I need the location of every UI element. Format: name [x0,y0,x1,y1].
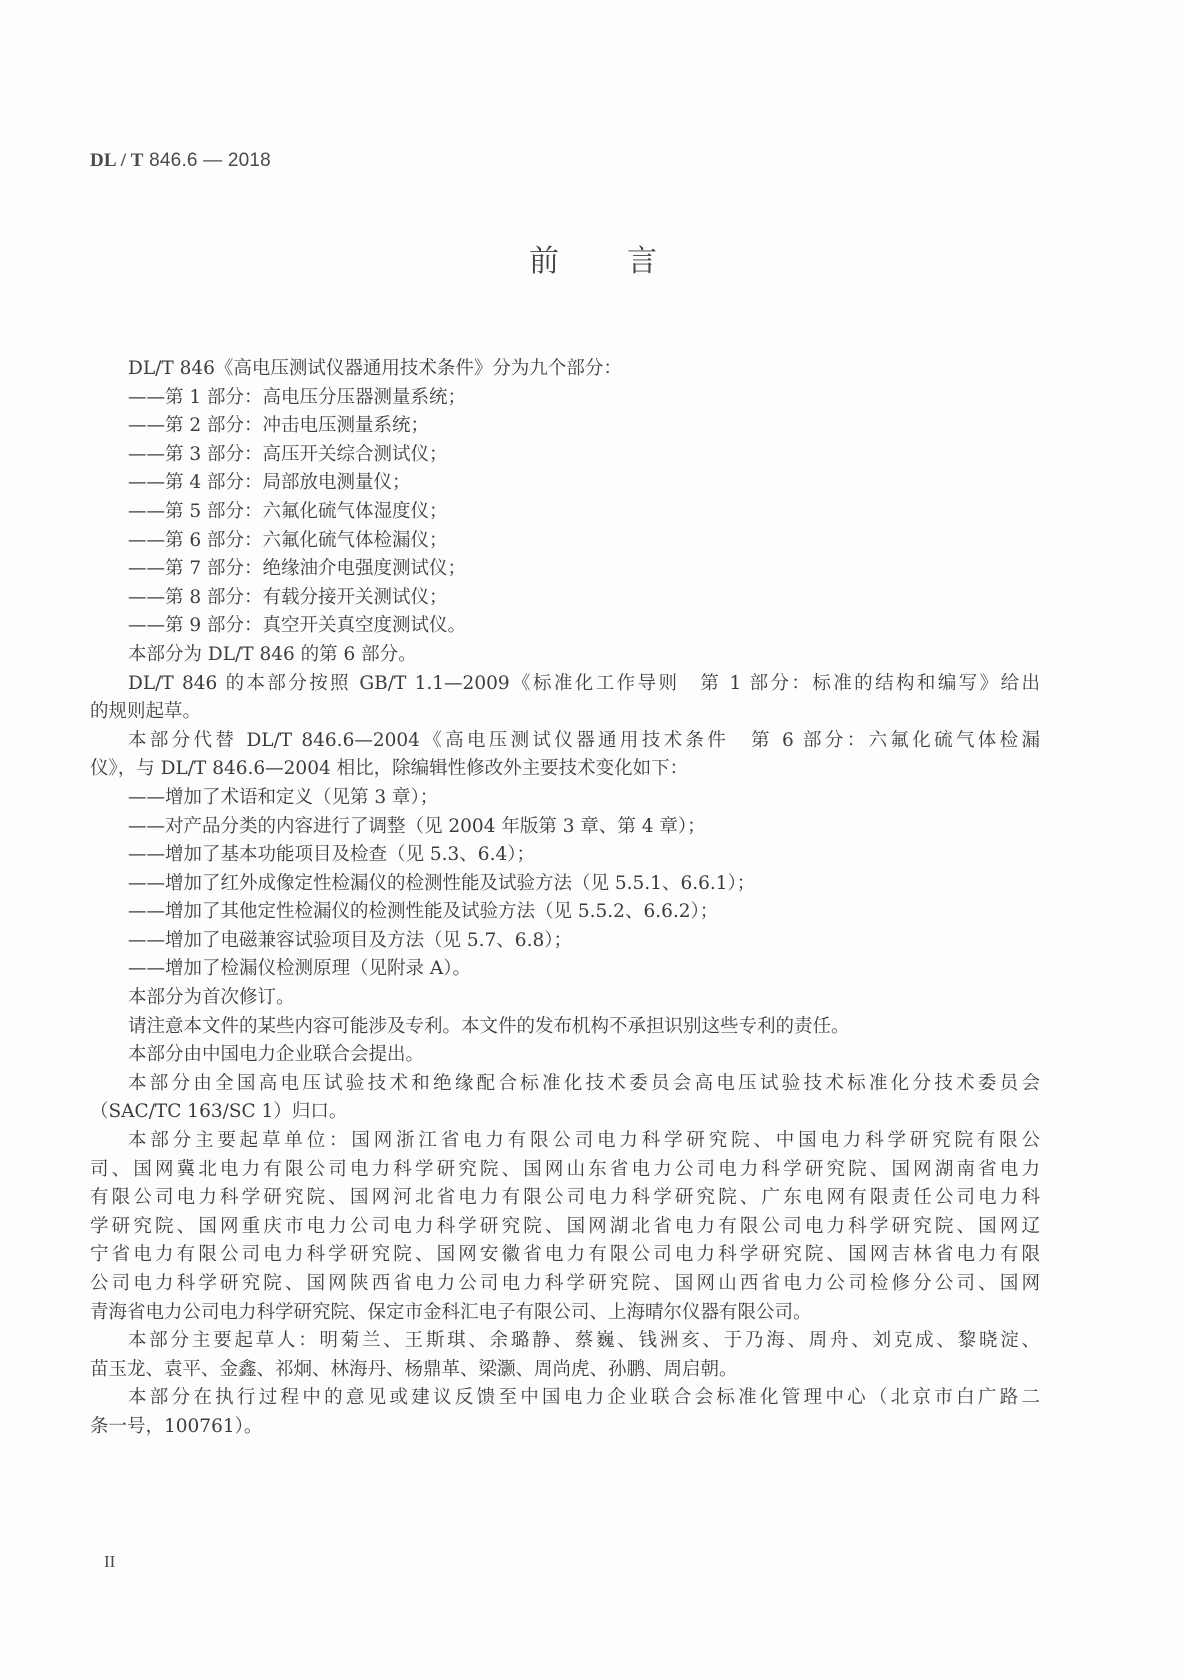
page-title: 前言 [0,236,1186,280]
foreword-body: DL/T 846《高电压测试仪器通用技术条件》分为九个部分： ——第 1 部分：… [90,355,1040,1442]
drafting-units-line: 公司电力科学研究院、国网陕西省电力公司电力科学研究院、国网山西省电力公司检修分公… [90,1270,1040,1299]
change-list-item: ——增加了其他定性检漏仪的检测性能及试验方法（见 5.5.2、6.6.2）； [90,898,1040,927]
part-list-item: ——第 1 部分：高电压分压器测量系统； [90,384,1040,413]
managed-by-line-2: （SAC/TC 163/SC 1）归口。 [90,1098,1040,1127]
drafters-line: 本部分主要起草人：明菊兰、王斯琪、余璐静、蔡巍、钱洲亥、于乃海、周舟、刘克成、黎… [90,1327,1040,1356]
feedback-line-2: 条一号，100761）。 [90,1413,1040,1442]
change-list-item: ——增加了术语和定义（见第 3 章）； [90,784,1040,813]
part-list-item: ——第 2 部分：冲击电压测量系统； [90,412,1040,441]
part-list-item: ——第 7 部分：绝缘油介电强度测试仪； [90,555,1040,584]
part-list-item: ——第 6 部分：六氟化硫气体检漏仪； [90,527,1040,556]
drafting-units-line: 学研究院、国网重庆市电力公司电力科学研究院、国网湖北省电力有限公司电力科学研究院… [90,1213,1040,1242]
drafting-units-line: 宁省电力有限公司电力科学研究院、国网安徽省电力有限公司电力科学研究院、国网吉林省… [90,1241,1040,1270]
drafting-units-line: 司、国网冀北电力有限公司电力科学研究院、国网山东省电力公司电力科学研究院、国网湖… [90,1156,1040,1185]
drafting-units-line: 本部分主要起草单位：国网浙江省电力有限公司电力科学研究院、中国电力科学研究院有限… [90,1127,1040,1156]
part-list-item: ——第 3 部分：高压开关综合测试仪； [90,441,1040,470]
document-page: DL / T 846.6 — 2018 前言 DL/T 846《高电压测试仪器通… [0,0,1186,1678]
part-list-item: ——第 4 部分：局部放电测量仪； [90,469,1040,498]
part-list-item: ——第 8 部分：有载分接开关测试仪； [90,584,1040,613]
change-list-item: ——对产品分类的内容进行了调整（见 2004 年版第 3 章、第 4 章）； [90,813,1040,842]
standard-number: 846.6 — 2018 [149,150,271,171]
change-list-item: ——增加了基本功能项目及检查（见 5.3、6.4）； [90,841,1040,870]
drafting-units-line: 有限公司电力科学研究院、国网河北省电力有限公司电力科学研究院、广东电网有限责任公… [90,1184,1040,1213]
standard-prefix: DL / T [90,150,144,171]
managed-by-line-1: 本部分由全国高电压试验技术和绝缘配合标准化技术委员会高电压试验技术标准化分技术委… [90,1070,1040,1099]
this-part-statement: 本部分为 DL/T 846 的第 6 部分。 [90,641,1040,670]
intro-paragraph: DL/T 846《高电压测试仪器通用技术条件》分为九个部分： [90,355,1040,384]
part-list-item: ——第 5 部分：六氟化硫气体湿度仪； [90,498,1040,527]
patent-notice: 请注意本文件的某些内容可能涉及专利。本文件的发布机构不承担识别这些专利的责任。 [90,1013,1040,1042]
drafting-rule-line-2: 的规则起草。 [90,698,1040,727]
drafting-units-line: 青海省电力公司电力科学研究院、保定市金科汇电子有限公司、上海晴尔仪器有限公司。 [90,1299,1040,1328]
change-list-item: ——增加了电磁兼容试验项目及方法（见 5.7、6.8）； [90,927,1040,956]
part-list-item: ——第 9 部分：真空开关真空度测试仪。 [90,612,1040,641]
replaces-line-2: 仪》，与 DL/T 846.6—2004 相比，除编辑性修改外主要技术变化如下： [90,755,1040,784]
change-list-item: ——增加了红外成像定性检漏仪的检测性能及试验方法（见 5.5.1、6.6.1）； [90,870,1040,899]
proposed-by: 本部分由中国电力企业联合会提出。 [90,1041,1040,1070]
page-number: II [104,1552,115,1572]
first-revision-note: 本部分为首次修订。 [90,984,1040,1013]
drafters-line: 苗玉龙、袁平、金鑫、祁炯、林海丹、杨鼎革、梁灏、周尚虎、孙鹏、周启朝。 [90,1356,1040,1385]
drafting-rule-line-1: DL/T 846 的本部分按照 GB/T 1.1—2009《标准化工作导则 第 … [90,670,1040,699]
feedback-line-1: 本部分在执行过程中的意见或建议反馈至中国电力企业联合会标准化管理中心（北京市白广… [90,1384,1040,1413]
standard-code-header: DL / T 846.6 — 2018 [90,150,271,172]
change-list-item: ——增加了检漏仪检测原理（见附录 A）。 [90,955,1040,984]
replaces-line-1: 本部分代替 DL/T 846.6—2004《高电压测试仪器通用技术条件 第 6 … [90,727,1040,756]
